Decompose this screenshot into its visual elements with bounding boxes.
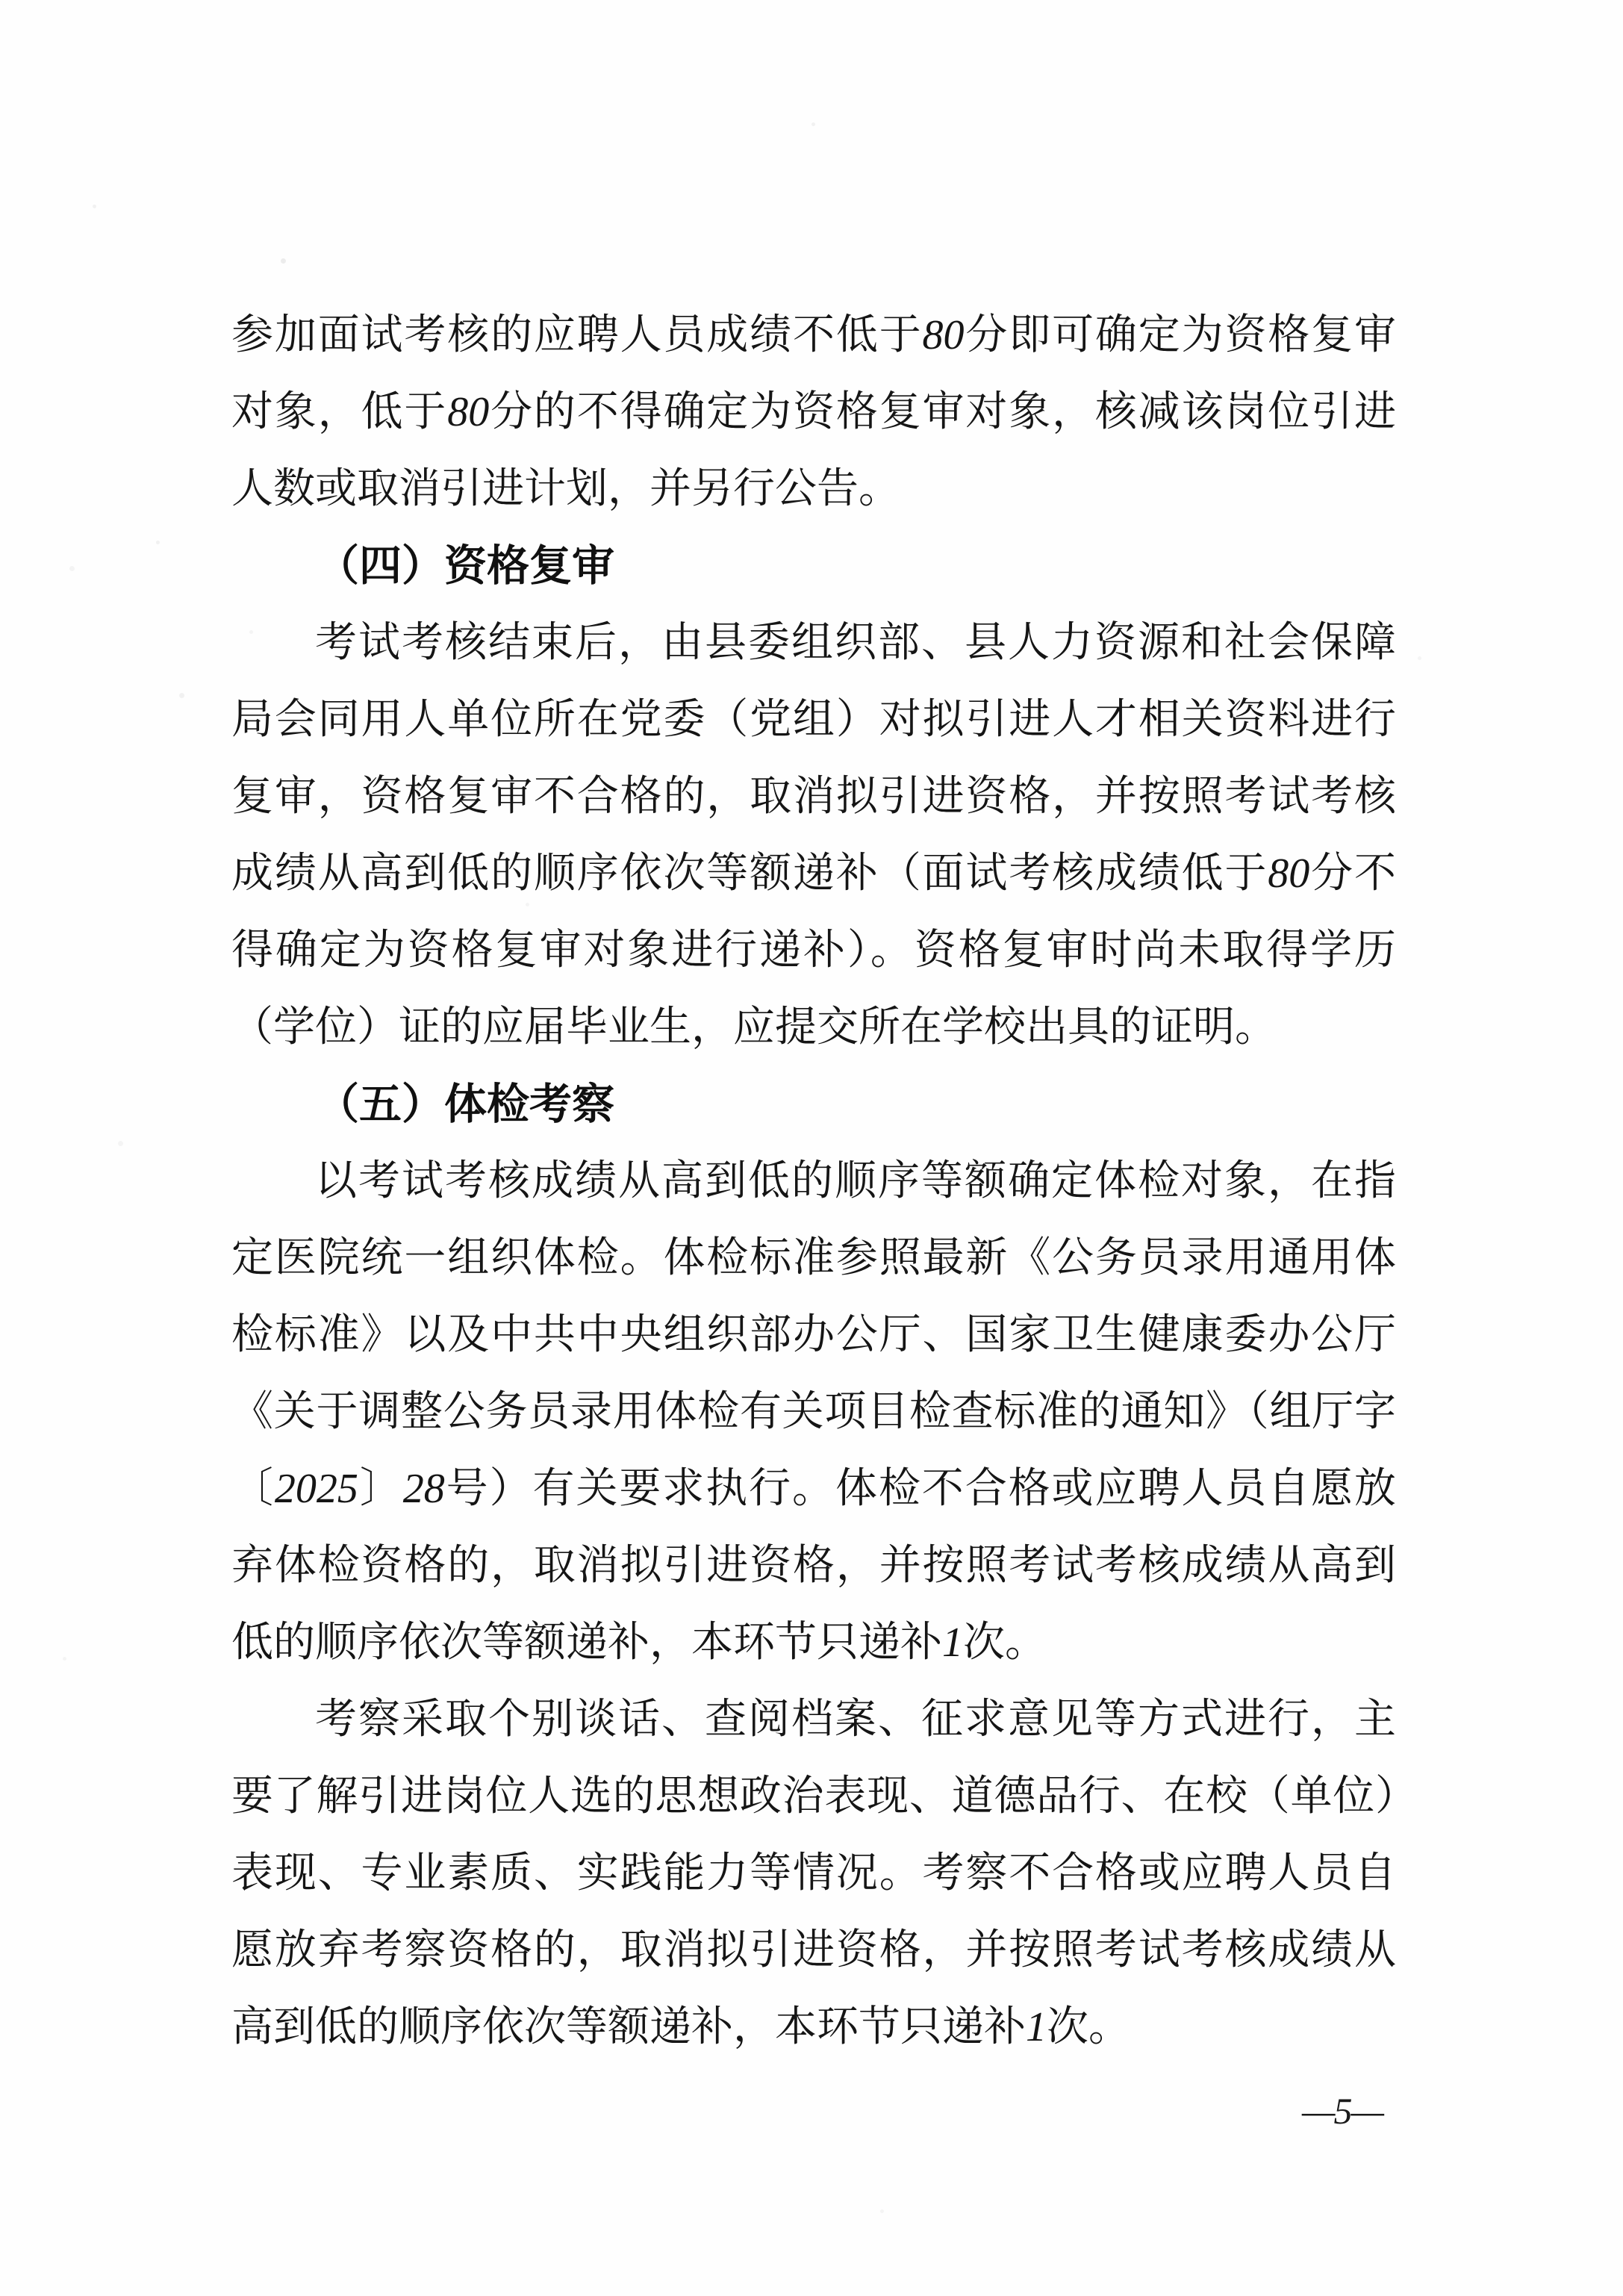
heading-section-4-qualification-review: （四）资格复审: [231, 528, 1396, 605]
document-body: 参加面试考核的应聘人员成绩不低于80分即可确定为资格复审对象，低于80分的不得确…: [231, 297, 1396, 2066]
paragraph-interview-score-rule: 参加面试考核的应聘人员成绩不低于80分即可确定为资格复审对象，低于80分的不得确…: [231, 297, 1396, 528]
heading-section-5-physical-exam-inspection: （五）体检考察: [231, 1066, 1396, 1143]
page-number: —5—: [1302, 2089, 1383, 2132]
paragraph-qualification-review: 考试考核结束后，由县委组织部、县人力资源和社会保障局会同用人单位所在党委（党组）…: [231, 605, 1396, 1066]
paragraph-inspection-method: 考察采取个别谈话、查阅档案、征求意见等方式进行，主要了解引进岗位人选的思想政治表…: [231, 1681, 1396, 2066]
scan-noise-speckles: [0, 0, 2, 2]
scanned-document-page: 参加面试考核的应聘人员成绩不低于80分即可确定为资格复审对象，低于80分的不得确…: [0, 0, 1623, 2296]
paragraph-physical-exam: 以考试考核成绩从高到低的顺序等额确定体检对象，在指定医院统一组织体检。体检标准参…: [231, 1143, 1396, 1681]
